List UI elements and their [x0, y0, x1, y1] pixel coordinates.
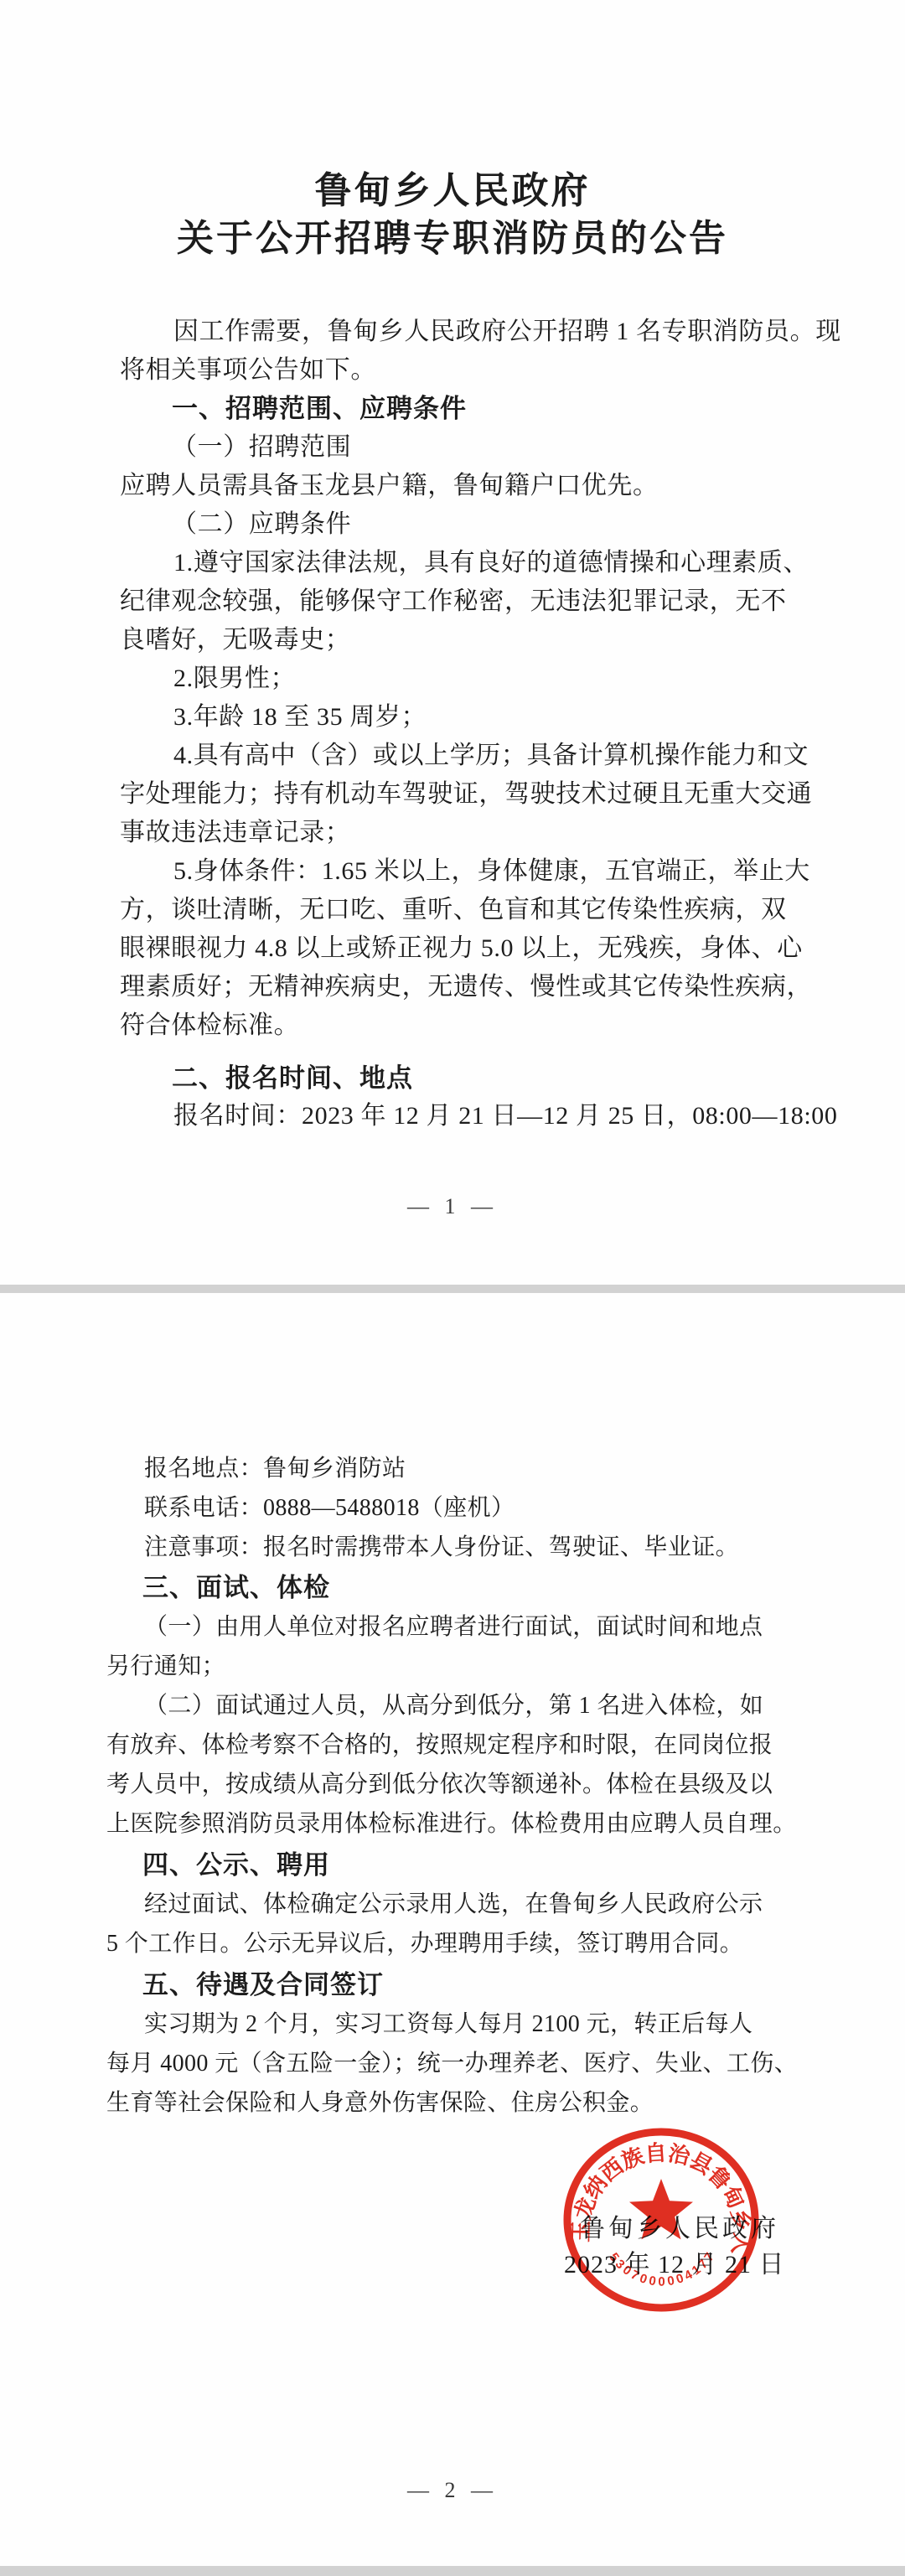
doc-line: 2.限男性； — [173, 660, 296, 698]
doc-title-line-2: 关于公开招聘专职消防员的公告 — [0, 215, 905, 263]
doc-line: 事故违法违章记录； — [120, 814, 350, 852]
doc-line: 将相关事项公告如下。 — [120, 351, 376, 390]
section-heading-3: 三、面试、体检 — [142, 1569, 330, 1607]
doc-line: 5 个工作日。公示无异议后，办理聘用手续，签订聘用合同。 — [106, 1925, 743, 1963]
doc-line: 报名地点：鲁甸乡消防站 — [144, 1450, 406, 1488]
doc-line: 经过面试、体检确定公示录用人选，在鲁甸乡人民政府公示 — [144, 1885, 763, 1924]
doc-line: （一）由用人单位对报名应聘者进行面试，面试时间和地点 — [144, 1608, 763, 1647]
doc-line: 注意事项：报名时需携带本人身份证、驾驶证、毕业证。 — [144, 1529, 739, 1567]
star-icon — [629, 2179, 693, 2239]
doc-line: 因工作需要，鲁甸乡人民政府公开招聘 1 名专职消防员。现 — [173, 313, 841, 351]
seal-code: 5307000004177 — [606, 2250, 716, 2289]
section-heading-1: 一、招聘范围、应聘条件 — [172, 390, 467, 428]
section-heading-2: 二、报名时间、地点 — [172, 1059, 413, 1098]
doc-line: 5.身体条件：1.65 米以上，身体健康，五官端正，举止大 — [173, 852, 810, 891]
page-number-1: — 1 — — [0, 1194, 905, 1219]
doc-line: 应聘人员需具备玉龙县户籍，鲁甸籍户口优先。 — [120, 467, 659, 505]
page-separator — [0, 1285, 905, 1293]
doc-line: （二）应聘条件 — [172, 505, 351, 544]
section-heading-5: 五、待遇及合同签订 — [142, 1966, 384, 2004]
doc-line: 另行通知； — [106, 1648, 225, 1686]
document-scan: 鲁甸乡人民政府 关于公开招聘专职消防员的公告 因工作需要，鲁甸乡人民政府公开招聘… — [0, 0, 905, 2576]
doc-line: 理素质好；无精神疾病史，无遗传、慢性或其它传染性疾病， — [120, 968, 812, 1006]
doc-line: 纪律观念较强，能够保守工作秘密，无违法犯罪记录，无不 — [120, 582, 787, 621]
doc-line: 方，谈吐清晰，无口吃、重听、色盲和其它传染性疾病，双 — [120, 891, 787, 929]
official-seal: 玉龙纳西族自治县鲁甸乡人民政府 5307000004177 — [556, 2123, 766, 2315]
doc-line: 联系电话：0888—5488018（座机） — [144, 1489, 515, 1528]
doc-line: 1.遵守国家法律法规，具有良好的道德情操和心理素质、 — [173, 544, 809, 582]
page-number-2: — 2 — — [0, 2478, 905, 2503]
doc-line: 实习期为 2 个月，实习工资每人每月 2100 元，转正后每人 — [144, 2005, 752, 2044]
doc-line: 考人员中，按成绩从高分到低分依次等额递补。体检在县级及以 — [106, 1766, 773, 1804]
doc-line: 每月 4000 元（含五险一金）；统一办理养老、医疗、失业、工伤、 — [106, 2045, 798, 2083]
doc-line: 3.年龄 18 至 35 周岁； — [173, 698, 427, 737]
doc-line: （一）招聘范围 — [172, 428, 351, 467]
doc-title-line-1: 鲁甸乡人民政府 — [0, 167, 905, 215]
doc-line: 良嗜好，无吸毒史； — [120, 621, 350, 660]
section-heading-4: 四、公示、聘用 — [142, 1846, 330, 1885]
seal-ring-text: 玉龙纳西族自治县鲁甸乡人民政府 — [556, 2123, 755, 2256]
bottom-edge-separator — [0, 2566, 905, 2576]
doc-line: 字处理能力；持有机动车驾驶证，驾驶技术过硬且无重大交通 — [120, 775, 812, 814]
doc-line: （二）面试通过人员，从高分到低分，第 1 名进入体检，如 — [144, 1687, 763, 1725]
doc-line: 眼裸眼视力 4.8 以上或矫正视力 5.0 以上，无残疾，身体、心 — [120, 929, 803, 968]
doc-line: 上医院参照消防员录用体检标准进行。体检费用由应聘人员自理。 — [106, 1805, 797, 1844]
doc-line: 4.具有高中（含）或以上学历；具备计算机操作能力和文 — [173, 737, 809, 775]
doc-line: 报名时间：2023 年 12 月 21 日—12 月 25 日，08:00—18… — [173, 1097, 837, 1135]
doc-line: 生育等社会保险和人身意外伤害保险、住房公积金。 — [106, 2084, 654, 2123]
doc-line: 符合体检标准。 — [120, 1006, 299, 1045]
doc-line: 有放弃、体检考察不合格的，按照规定程序和时限，在同岗位报 — [106, 1726, 773, 1765]
